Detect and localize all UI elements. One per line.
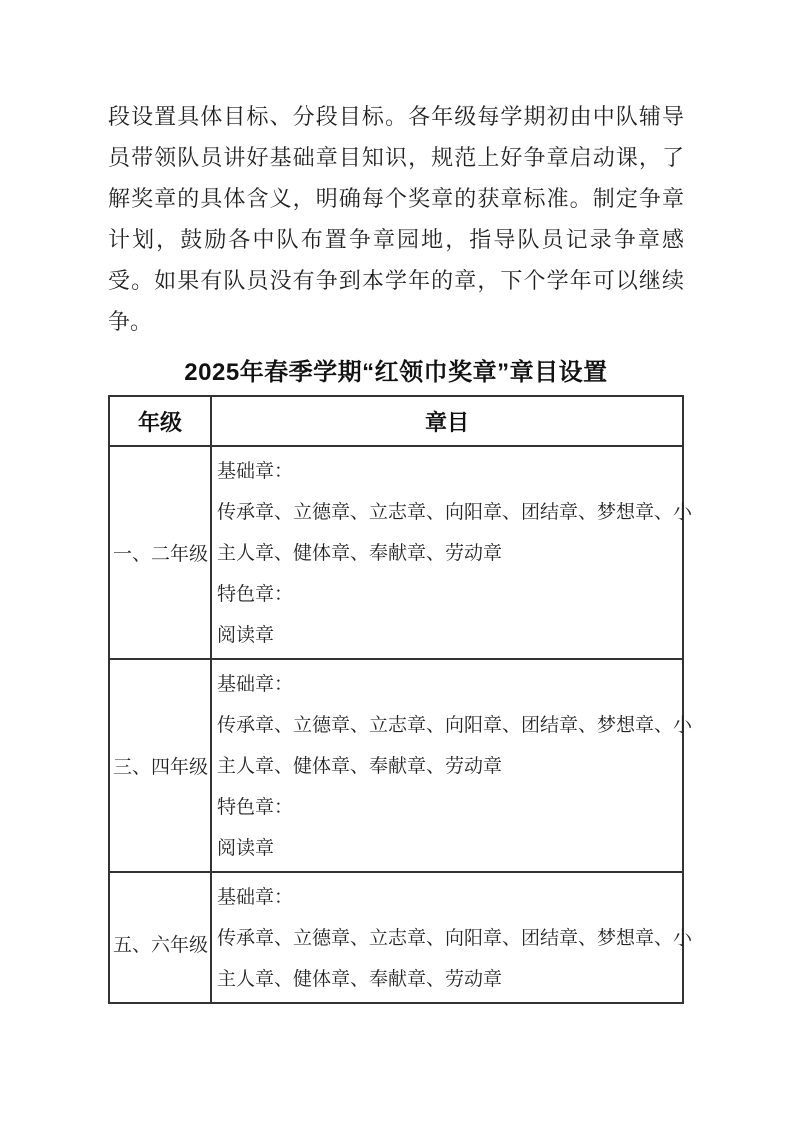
chapter-line: 主人章、健体章、奉献章、劳动章: [217, 533, 678, 574]
body-paragraph: 段设置具体目标、分段目标。各年级每学期初由中队辅导 员带领队员讲好基础章目知识，…: [108, 96, 684, 342]
chapter-line: 特色章：: [217, 574, 678, 615]
chapter-line: 阅读章: [217, 615, 678, 656]
chapter-line: 主人章、健体章、奉献章、劳动章: [217, 959, 678, 1000]
table-title: 2025年春季学期“红领巾奖章”章目设置: [108, 356, 684, 390]
paragraph-line: 段设置具体目标、分段目标。各年级每学期初由中队辅导: [108, 96, 684, 137]
document-page: { "paragraph": { "lines": [ "段设置具体目标、分段目…: [0, 0, 793, 1122]
header-chapters: 章目: [211, 396, 683, 446]
header-grade: 年级: [109, 396, 211, 446]
table-row-grade-3-4: 三、四年级 基础章： 传承章、立德章、立志章、向阳章、团结章、梦想章、小 主人章…: [109, 659, 683, 872]
page-content: 段设置具体目标、分段目标。各年级每学期初由中队辅导 员带领队员讲好基础章目知识，…: [108, 96, 684, 1004]
chapters-cell: 基础章： 传承章、立德章、立志章、向阳章、团结章、梦想章、小 主人章、健体章、奉…: [211, 446, 683, 659]
chapters-cell: 基础章： 传承章、立德章、立志章、向阳章、团结章、梦想章、小 主人章、健体章、奉…: [211, 659, 683, 872]
paragraph-line: 争。: [108, 301, 684, 342]
chapter-line: 主人章、健体章、奉献章、劳动章: [217, 746, 678, 787]
grade-label: 一、二年级: [109, 446, 211, 659]
grade-label: 三、四年级: [109, 659, 211, 872]
paragraph-line: 计划，鼓励各中队布置争章园地，指导队员记录争章感: [108, 219, 684, 260]
grade-label: 五、六年级: [109, 872, 211, 1003]
paragraph-line: 解奖章的具体含义，明确每个奖章的获章标准。制定争章: [108, 178, 684, 219]
chapter-line: 阅读章: [217, 828, 678, 869]
table-row-grade-5-6: 五、六年级 基础章： 传承章、立德章、立志章、向阳章、团结章、梦想章、小 主人章…: [109, 872, 683, 1003]
chapter-line: 特色章：: [217, 787, 678, 828]
chapter-line: 传承章、立德章、立志章、向阳章、团结章、梦想章、小: [217, 918, 678, 959]
paragraph-line: 员带领队员讲好基础章目知识，规范上好争章启动课，了: [108, 137, 684, 178]
paragraph-line: 受。如果有队员没有争到本学年的章，下个学年可以继续: [108, 260, 684, 301]
chapter-line: 传承章、立德章、立志章、向阳章、团结章、梦想章、小: [217, 705, 678, 746]
badge-chapter-table: 年级 章目 一、二年级 基础章： 传承章、立德章、立志章、向阳章、团结章、梦想章…: [108, 395, 684, 1004]
chapter-line: 基础章：: [217, 451, 678, 492]
chapter-line: 基础章：: [217, 664, 678, 705]
chapter-line: 基础章：: [217, 877, 678, 918]
table-header-row: 年级 章目: [109, 396, 683, 446]
table-row-grade-1-2: 一、二年级 基础章： 传承章、立德章、立志章、向阳章、团结章、梦想章、小 主人章…: [109, 446, 683, 659]
chapters-cell: 基础章： 传承章、立德章、立志章、向阳章、团结章、梦想章、小 主人章、健体章、奉…: [211, 872, 683, 1003]
chapter-line: 传承章、立德章、立志章、向阳章、团结章、梦想章、小: [217, 492, 678, 533]
